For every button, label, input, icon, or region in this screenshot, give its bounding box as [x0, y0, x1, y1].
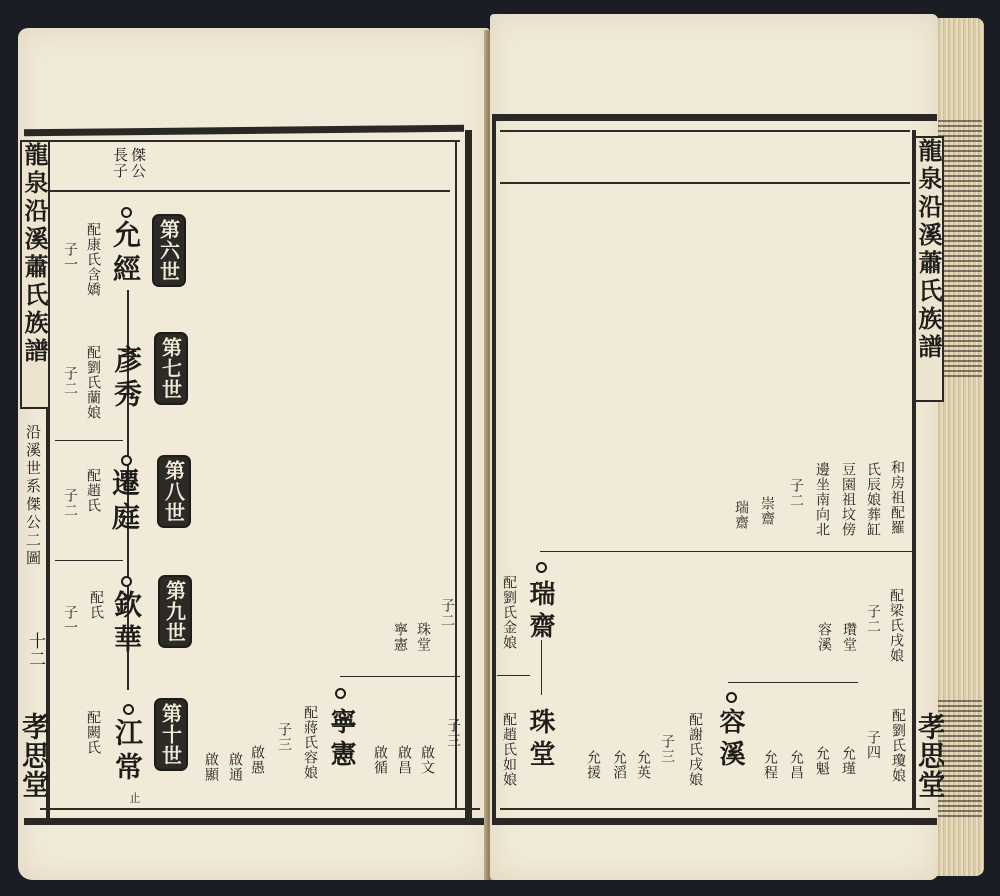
branch-right-son-3: 啟循	[373, 745, 387, 775]
lineage-node-8	[121, 455, 132, 466]
ningxian-spouse: 配蔣氏容娘	[303, 705, 317, 780]
ningxian-name: 寧憲	[328, 708, 354, 772]
hall-name: 孝思堂	[20, 712, 48, 799]
book-title-right: 龍泉沿溪蕭氏族譜	[916, 138, 940, 362]
left-header-rule	[50, 190, 450, 192]
burial-note-line-2: 氏辰娘葬缸	[866, 462, 880, 537]
right-top-border	[492, 114, 937, 121]
liu-children: 子四	[866, 730, 880, 760]
ningxian-children: 子三	[277, 722, 291, 752]
top-son-2: 瑞齋	[734, 500, 748, 530]
liu-spouse: 配劉氏瓊娘	[891, 708, 905, 783]
ancestor-name-9: 欽華	[112, 590, 140, 658]
branch-top-son-2: 寧憲	[393, 622, 407, 652]
top-children-count: 子二	[789, 478, 803, 508]
left-bottom-inner-rule	[40, 808, 480, 810]
lineage-node-10	[123, 704, 134, 715]
generation-badge-7: 第七世	[154, 332, 188, 405]
left-bottom-border	[24, 818, 484, 825]
right-bottom-inner-rule	[500, 808, 930, 810]
end-of-line-mark: 止	[129, 792, 140, 804]
rongxi-son-3: 允援	[586, 750, 600, 780]
right-top-inner-rule	[500, 130, 910, 132]
ancestor-name-8: 遷庭	[110, 468, 138, 536]
liu-son-2: 允魁	[815, 746, 829, 776]
ruizhai-name: 瑞齋	[527, 580, 553, 644]
spouse-8: 配趙氏	[86, 468, 100, 513]
section-label: 沿溪世系傑公二圖	[25, 424, 40, 568]
generation-badge-9: 第九世	[158, 575, 192, 648]
branch-top-son-1: 珠堂	[416, 622, 430, 652]
left-top-inner-rule	[40, 140, 460, 142]
liu-son-4: 允程	[763, 750, 777, 780]
liang-son-1: 瓚堂	[842, 622, 856, 652]
spouse-7: 配劉氏蘭娘	[86, 345, 100, 420]
rongxi-node	[726, 692, 737, 703]
divider-8	[55, 560, 123, 561]
children-7: 子二	[63, 366, 77, 396]
ruizhai-node	[536, 562, 547, 573]
lineage-node-9	[121, 576, 132, 587]
branch-horizontal-line	[340, 676, 460, 677]
generation-badge-6: 第六世	[152, 214, 186, 287]
ruizhai-zhutang-line	[541, 640, 542, 695]
liu-son-3: 允昌	[789, 750, 803, 780]
spouse-10: 配闕氏	[86, 710, 100, 755]
spouse-6: 配康氏含嬌	[86, 222, 100, 297]
top-son-1: 崇齋	[760, 496, 774, 526]
branch-right-son-1: 啟文	[420, 745, 434, 775]
top-note-line1: 傑公	[130, 147, 145, 179]
children-6: 子一	[63, 242, 77, 272]
ruizhai-spouse: 配劉氏金娘	[502, 575, 516, 650]
book-title: 龍泉沿溪蕭氏族譜	[22, 142, 46, 366]
right-bottom-border	[492, 818, 937, 825]
branch-vertical-line	[466, 590, 467, 810]
spouse-9: 配氏	[89, 590, 103, 620]
ancestor-name-7: 彥秀	[112, 345, 140, 413]
hall-name-right: 孝思堂	[916, 712, 944, 802]
ancestor-name-6: 允經	[111, 220, 139, 288]
right-left-border	[492, 118, 496, 823]
spouse-divider	[497, 675, 530, 676]
liang-children: 子二	[866, 604, 880, 634]
branch-rule-upper	[540, 551, 912, 552]
ningxian-son-2: 啟通	[228, 752, 242, 782]
rongxi-spouse: 配謝氏戌娘	[688, 712, 702, 787]
rongxi-name: 容溪	[717, 708, 743, 772]
ningxian-node	[335, 688, 346, 699]
right-header-rule	[500, 182, 910, 184]
generation-badge-10: 第十世	[154, 698, 188, 771]
rongxi-son-1: 允英	[636, 750, 650, 780]
left-title-strip: 龍泉沿溪蕭氏族譜	[20, 140, 50, 409]
liang-spouse: 配梁氏戌娘	[889, 588, 903, 663]
branch-right-son-2: 啟昌	[397, 745, 411, 775]
zhutang-spouse: 配趙氏如娘	[502, 712, 516, 787]
top-note-line2: 長子	[112, 147, 127, 179]
burial-note-line-3: 豆園祖坟傍	[841, 462, 855, 537]
right-title-strip: 龍泉沿溪蕭氏族譜	[914, 136, 944, 402]
zhutang-name: 珠堂	[527, 708, 553, 772]
page-number: 十二	[26, 632, 43, 668]
burial-note-line-4: 邊坐南向北	[815, 462, 829, 537]
children-8: 子二	[63, 488, 77, 518]
ancestor-name-10: 江常	[113, 718, 141, 786]
left-right-inner-rule	[455, 140, 457, 810]
branch-right-children: 子三	[446, 718, 460, 748]
generation-badge-8: 第八世	[157, 455, 191, 528]
children-9: 子一	[63, 605, 77, 635]
divider-7	[55, 440, 123, 441]
liang-son-2: 容溪	[817, 622, 831, 652]
lineage-node-6	[121, 207, 132, 218]
branch-top-children: 子二	[440, 598, 454, 628]
branch-rule-lower	[728, 682, 858, 683]
burial-note-line-1: 和房祖配羅	[890, 460, 904, 535]
ningxian-son-1: 啟愚	[250, 745, 264, 775]
rongxi-son-2: 允滔	[612, 750, 626, 780]
rongxi-children: 子三	[660, 734, 674, 764]
ningxian-son-3: 啟顯	[204, 752, 218, 782]
liu-son-1: 允瑾	[841, 746, 855, 776]
